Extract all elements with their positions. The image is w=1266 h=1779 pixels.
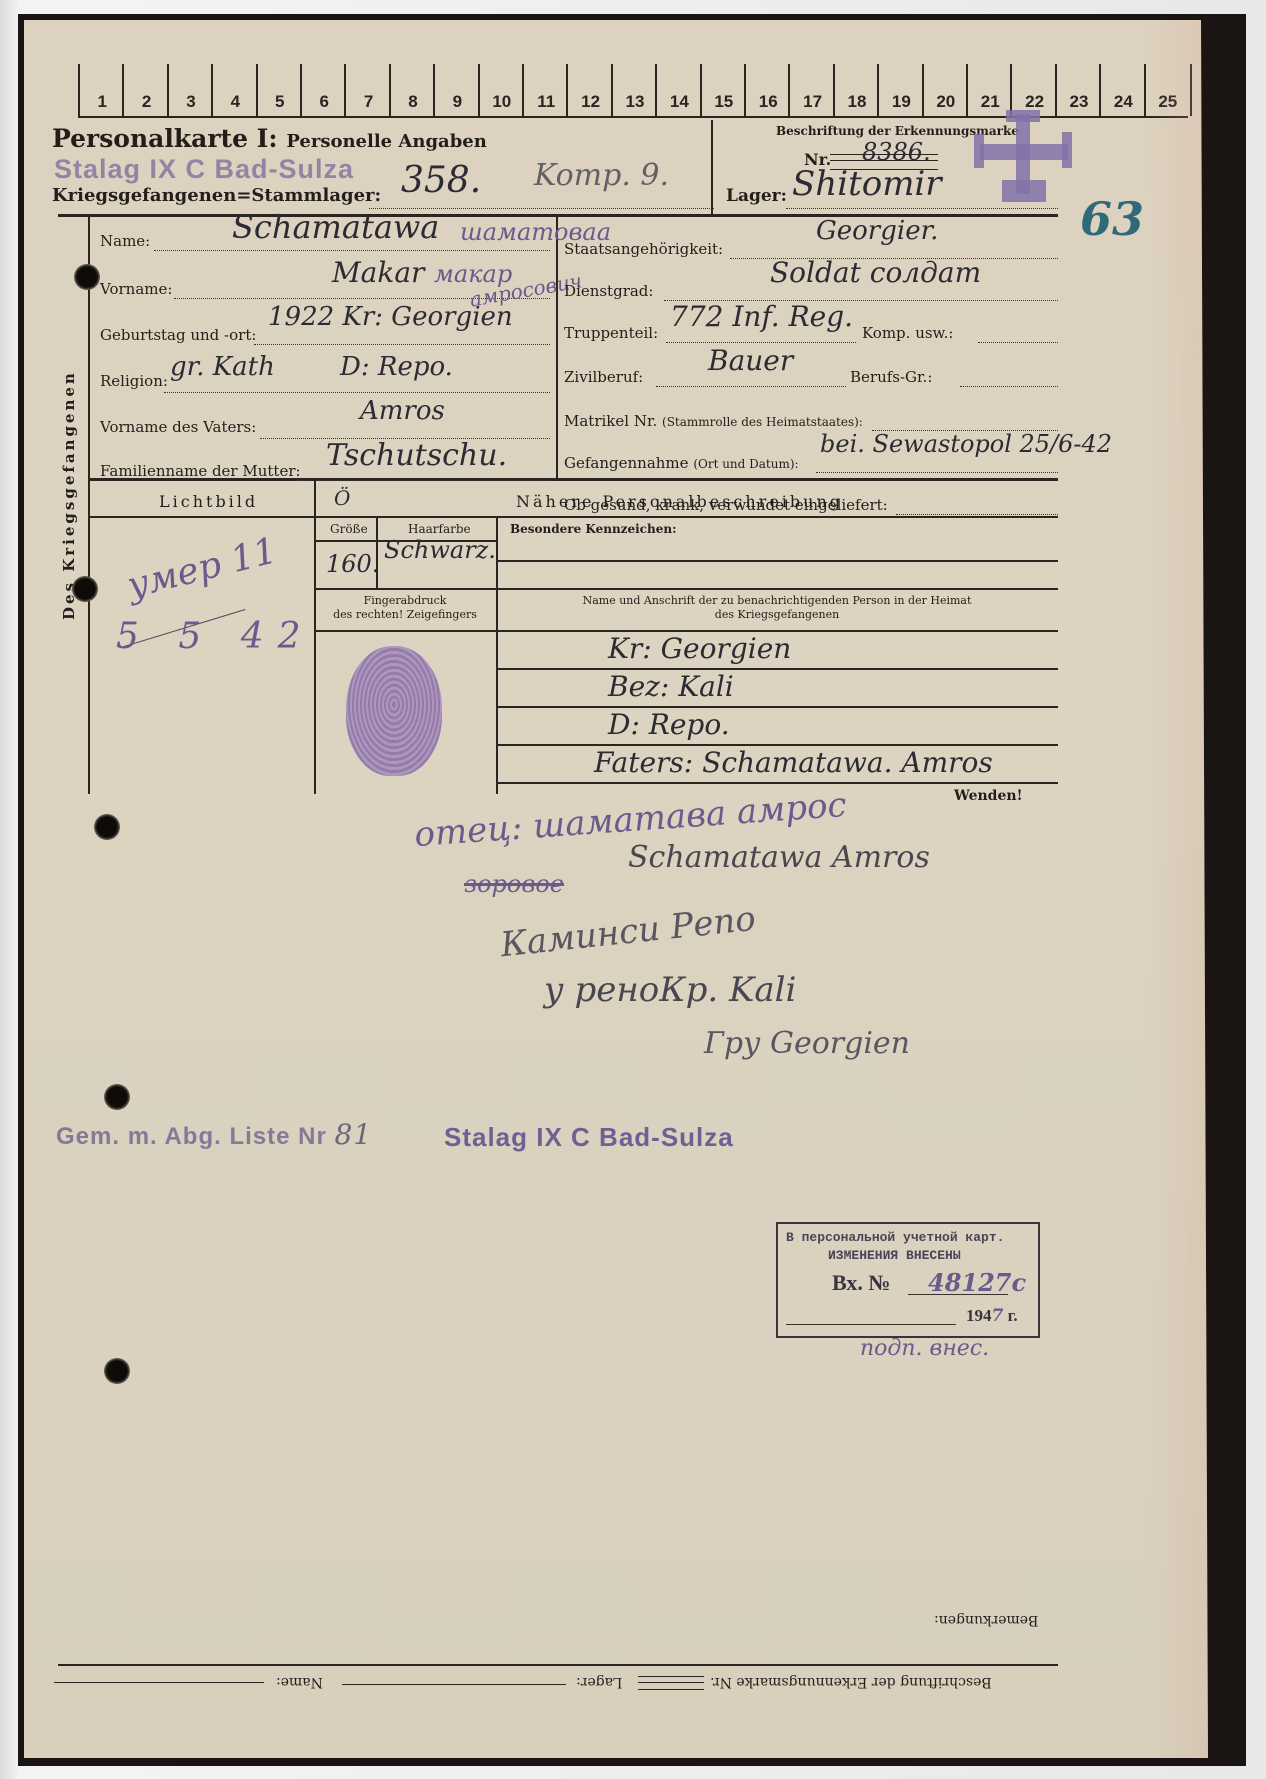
matrikel-label-text: Matrikel Nr. — [564, 412, 657, 430]
ruler-cell: 4 — [211, 64, 257, 116]
zivilberuf-field-line — [656, 386, 846, 387]
mutter-value: Tschutschu. — [326, 438, 507, 473]
ruler-number: 1 — [80, 92, 124, 112]
footer-name-line — [54, 1682, 264, 1683]
soviet-vx-label: Вх. № — [832, 1270, 891, 1296]
komp-label: Komp. usw.: — [862, 324, 953, 342]
ruler-cell: 2 — [122, 64, 168, 116]
ruler-cell: 24 — [1099, 64, 1145, 116]
bemerkungen-label: Bemerkungen: — [934, 1612, 1038, 1628]
ruler-cell: 3 — [167, 64, 213, 116]
camp-value: 358. — [401, 160, 481, 201]
ruler-number: 15 — [702, 92, 746, 112]
ruler-number: 2 — [124, 92, 168, 112]
corner-number: 63 — [1080, 192, 1144, 246]
staat-label: Staatsangehörigkeit: — [564, 240, 723, 258]
dienstgrad-value: Soldat солдат — [770, 256, 981, 289]
soviet-date-line — [786, 1324, 956, 1325]
ruler-number: 13 — [613, 92, 657, 112]
staat-value: Georgier. — [816, 216, 938, 246]
ruler-number: 25 — [1146, 92, 1190, 112]
note-line-2: Schamatawa Amros — [628, 840, 930, 875]
berufs-label: Berufs-Gr.: — [850, 368, 932, 386]
vater-value: Amros — [360, 396, 445, 426]
ruler-cell: 19 — [877, 64, 923, 116]
ruler-number: 10 — [480, 92, 524, 112]
punch-hole — [104, 1084, 130, 1110]
footer-lager-label: Lager: — [576, 1674, 622, 1690]
haarfarbe-label: Haarfarbe — [408, 522, 471, 536]
iron-cross-stamp-icon — [974, 104, 1074, 204]
soviet-signature: подп. внес. — [860, 1336, 989, 1361]
list-stamp-prefix: Gem. m. Abg. Liste Nr — [56, 1123, 327, 1150]
gefangennahme-label-sub: (Ort und Datum): — [693, 457, 798, 471]
stalag-stamp: Stalag IX C Bad-Sulza — [444, 1122, 734, 1153]
ruler-cell: 12 — [566, 64, 612, 116]
haarfarbe-value: Schwarz. — [384, 536, 496, 564]
religion-field-line — [164, 392, 550, 393]
ruler-number: 20 — [924, 92, 968, 112]
gefangennahme-field-line — [816, 472, 1058, 473]
note-line-4: Каминси Репо — [499, 899, 758, 966]
note-line-6: Гру Georgien — [704, 1026, 910, 1061]
tag-nr-value: 8386. — [862, 138, 931, 166]
religion-value: gr. Kath — [170, 352, 275, 382]
berufs-field-line — [960, 386, 1058, 387]
vorname-value: Makar — [332, 256, 424, 289]
ruler-number: 6 — [302, 92, 346, 112]
note-line-5: у реноКр. Kali — [544, 970, 796, 1010]
ruler-number: 24 — [1101, 92, 1145, 112]
mutter-field-line — [296, 480, 550, 481]
soviet-registration-stamp: В персональной учетной карт. ИЗМЕНЕНИЯ В… — [776, 1222, 1040, 1338]
ruler-number: 7 — [346, 92, 390, 112]
ruler-cell: 8 — [389, 64, 435, 116]
name-field-line — [154, 250, 550, 251]
footer-name-label: Name: — [276, 1674, 323, 1690]
ruler-number: 18 — [835, 92, 879, 112]
ruler-cell: 25 — [1144, 64, 1192, 116]
contact-label-1: Name und Anschrift der zu benachrichtige… — [496, 594, 1058, 608]
soviet-stamp-line-2: ИЗМЕНЕНИЯ ВНЕСЕНЫ — [828, 1248, 961, 1263]
ruler-number: 16 — [746, 92, 790, 112]
company-value: Komp. 9. — [534, 158, 669, 193]
ruler-cell: 11 — [522, 64, 568, 116]
soviet-stamp-line-1: В персональной учетной карт. — [786, 1230, 1004, 1245]
list-number: 81 — [335, 1118, 373, 1151]
footer-lager-line — [342, 1684, 566, 1685]
note-line-struck: зоровое — [464, 870, 564, 898]
geburt-field-line — [254, 344, 550, 345]
fingerprint-label-2: des rechten! Zeigefingers — [314, 608, 496, 622]
soviet-date-year: 194 — [966, 1306, 992, 1325]
contact-value-1: Kr: Georgien — [608, 632, 791, 665]
fingerprint-header-top — [314, 588, 1058, 590]
soviet-vx-value: 48127с — [928, 1268, 1026, 1297]
frame-left — [88, 214, 90, 794]
contact-label-2: des Kriegsgefangenen — [496, 608, 1058, 622]
kennzeichen-label: Besondere Kennzeichen: — [510, 522, 677, 536]
soviet-date-digit: 7 — [992, 1306, 1004, 1326]
name-value: Schamatawa — [232, 208, 439, 246]
lager-label: Lager: — [726, 186, 787, 206]
ruler-number: 17 — [790, 92, 834, 112]
contact-value-4: Faters: Schamatawa. Amros — [594, 746, 993, 779]
ruler-number: 4 — [213, 92, 257, 112]
camp-stamp: Stalag IX C Bad-Sulza — [54, 154, 354, 185]
ruler-cell: 20 — [922, 64, 968, 116]
header-divider — [711, 120, 713, 214]
ruler-number: 11 — [524, 92, 568, 112]
camp-label: Kriegsgefangenen=Stammlager: — [52, 185, 381, 206]
lichtbild-note-1: умер 11 — [123, 530, 281, 607]
ruler-cell: 1 — [78, 64, 124, 116]
contact-line-2 — [496, 706, 1058, 708]
gefangennahme-value: bei. Sewastopol 25/6-42 — [820, 430, 1112, 458]
zivilberuf-value: Bauer — [708, 344, 793, 377]
ruler-cell: 5 — [256, 64, 302, 116]
ruler-number: 5 — [258, 92, 302, 112]
komp-field-line — [978, 342, 1058, 343]
ruler-cell: 9 — [433, 64, 479, 116]
geburt-value: 1922 Kr: Georgien — [268, 302, 513, 332]
truppenteil-field-line — [666, 342, 856, 343]
card-subtitle: Personelle Angaben — [286, 131, 487, 152]
name-label: Name: — [100, 232, 150, 250]
matrikel-label: Matrikel Nr. (Stammrolle des Heimatstaat… — [564, 412, 863, 430]
footer-rule — [58, 1664, 1058, 1666]
punch-hole — [94, 814, 120, 840]
ruler-number: 8 — [391, 92, 435, 112]
description-header-line — [88, 516, 1058, 518]
footer-tag-label: Beschriftung der Erkennungsmarke Nr. — [710, 1674, 992, 1690]
groesse-value: 160. — [326, 550, 379, 578]
gefangennahme-label: Gefangennahme (Ort und Datum): — [564, 454, 799, 472]
soviet-date-suffix: г. — [1008, 1306, 1018, 1325]
religion-extra: D: Repo. — [340, 352, 453, 382]
lager-field-line — [786, 208, 1058, 209]
description-title: Nähere Personalbeschreibung — [516, 492, 843, 511]
fingerprint-label: Fingerabdruck des rechten! Zeigefingers — [314, 594, 496, 622]
ruler-cell: 17 — [788, 64, 834, 116]
gefangennahme-label-text: Gefangennahme — [564, 454, 689, 472]
ruler-cell: 6 — [300, 64, 346, 116]
fingerprint-image — [346, 646, 442, 776]
ruler-cell: 18 — [833, 64, 879, 116]
description-inner-divider — [496, 516, 498, 794]
punch-hole — [104, 1358, 130, 1384]
truppenteil-label: Truppenteil: — [564, 324, 658, 342]
contact-label: Name und Anschrift der zu benachrichtige… — [496, 594, 1058, 622]
list-stamp: Gem. m. Abg. Liste Nr 81 — [56, 1118, 372, 1151]
dienstgrad-label: Dienstgrad: — [564, 282, 653, 300]
zivilberuf-label: Zivilberuf: — [564, 368, 643, 386]
ruler-cell: 14 — [655, 64, 701, 116]
ruler-cell: 10 — [478, 64, 524, 116]
contact-line-1 — [496, 668, 1058, 670]
ruler-number: 19 — [879, 92, 923, 112]
truppenteil-value: 772 Inf. Reg. — [670, 300, 853, 333]
wenden-label: Wenden! — [954, 788, 1023, 804]
card-title: Personalkarte I: Personelle Angaben — [52, 124, 487, 153]
contact-value-3: D: Repo. — [608, 708, 730, 741]
soviet-date: 1947 г. — [966, 1306, 1018, 1326]
gesund-field-line — [896, 514, 1058, 515]
geburt-label: Geburtstag und -ort: — [100, 326, 256, 344]
ruler-cell: 15 — [700, 64, 746, 116]
ruler-cell: 16 — [744, 64, 790, 116]
ruler-cell: 13 — [611, 64, 657, 116]
vorname-label: Vorname: — [100, 280, 172, 298]
groesse-label: Größe — [330, 522, 368, 536]
card-paper: 1234567891011121314151617181920212223242… — [24, 20, 1208, 1758]
lichtbild-label: Lichtbild — [159, 492, 258, 511]
punch-hole — [72, 576, 98, 602]
vater-label: Vorname des Vaters: — [100, 418, 256, 436]
column-divider — [556, 214, 558, 478]
religion-label: Religion: — [100, 372, 168, 390]
ruler-number: 9 — [435, 92, 479, 112]
contact-line-4 — [496, 782, 1058, 784]
personnel-card: 1234567891011121314151617181920212223242… — [18, 14, 1246, 1766]
punch-hole — [74, 264, 100, 290]
fingerprint-label-1: Fingerabdruck — [314, 594, 496, 608]
mutter-label: Familienname der Mutter: — [100, 462, 301, 480]
card-title-text: Personalkarte I: — [52, 124, 278, 153]
kennzeichen-line — [496, 560, 1058, 562]
lichtbild-note-2: 5 5 42 — [116, 616, 315, 657]
ruler-number: 14 — [657, 92, 701, 112]
description-mark: Ö — [334, 486, 350, 510]
lager-value: Shitomir — [792, 164, 942, 204]
footer-tag-lines — [638, 1676, 704, 1690]
ruler-number: 12 — [568, 92, 612, 112]
matrikel-label-sub: (Stammrolle des Heimatstaates): — [662, 415, 863, 429]
contact-value-2: Bez: Kali — [608, 670, 734, 703]
ruler-cell: 7 — [344, 64, 390, 116]
ruler-number: 3 — [169, 92, 213, 112]
